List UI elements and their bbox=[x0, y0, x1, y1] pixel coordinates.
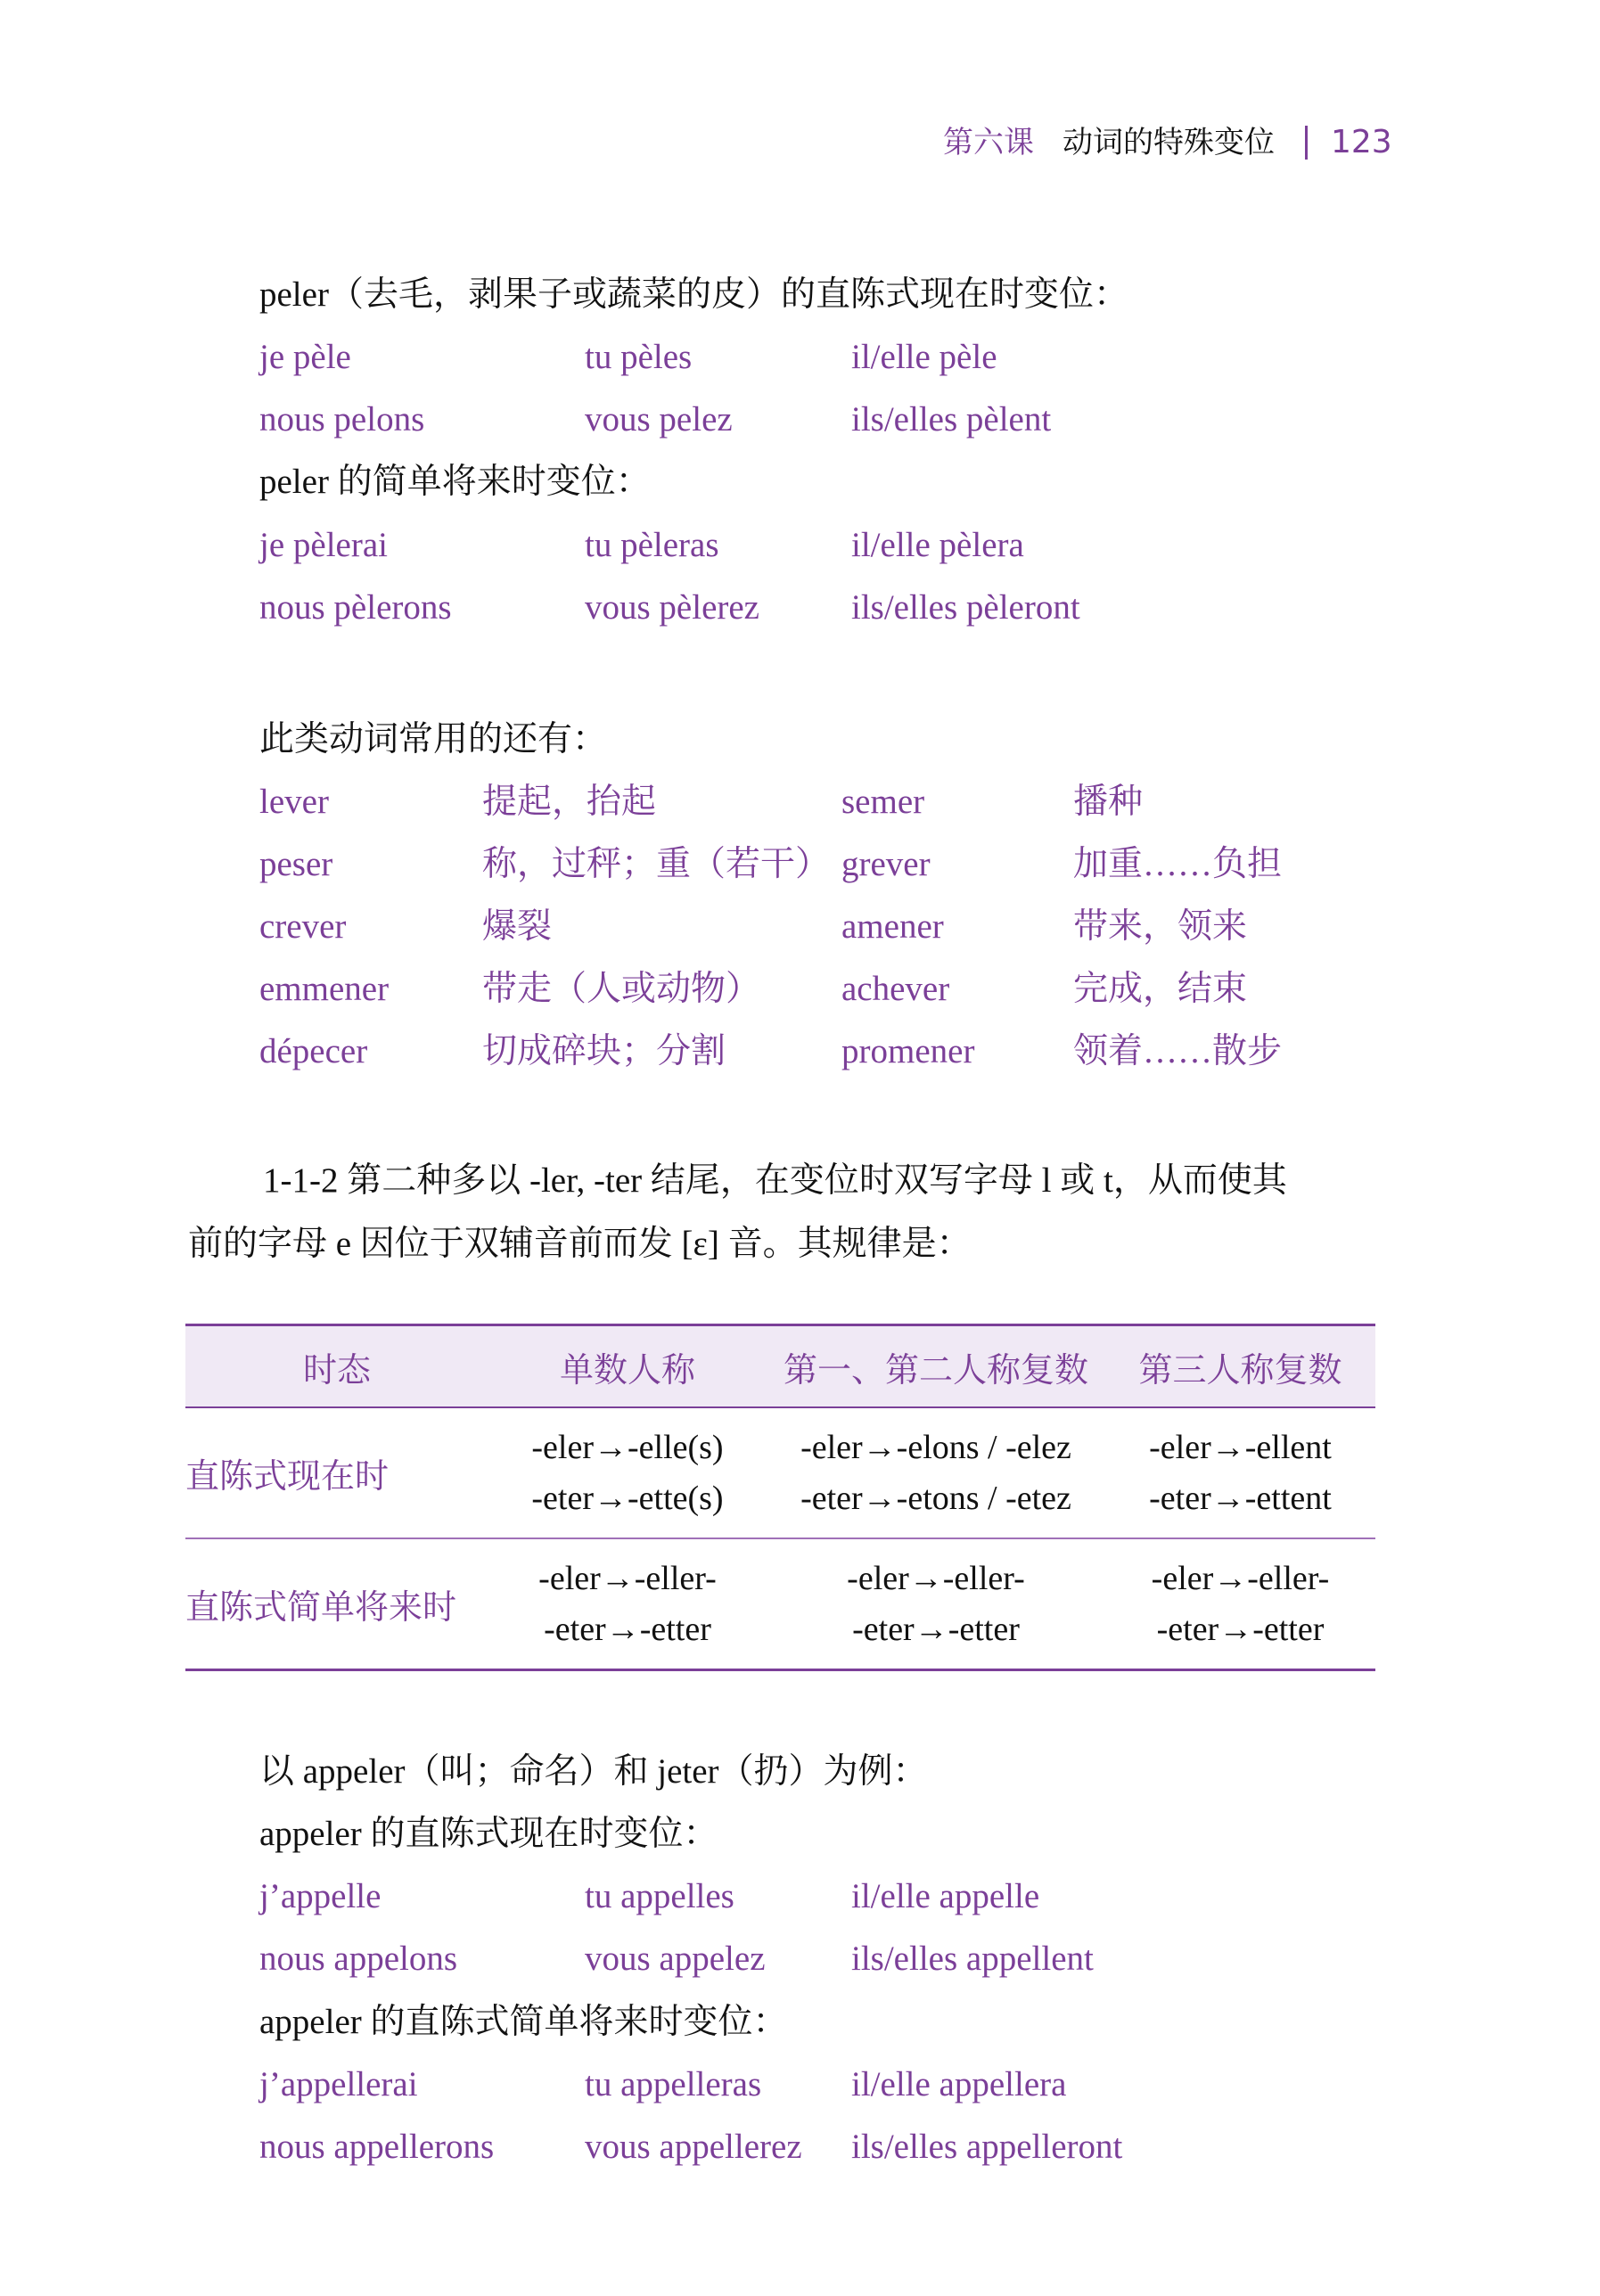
rule-eler: -eler→-elle(s) bbox=[488, 1423, 767, 1473]
conjugation-form: il/elle appelle bbox=[851, 1876, 1039, 1917]
table-cell: -eler→-elons / -elez -eter→-etons / -ete… bbox=[767, 1423, 1105, 1524]
verb-item: promener bbox=[841, 1031, 974, 1072]
conjugation-form: tu appelleras bbox=[585, 2064, 761, 2105]
appeler-present-heading: appeler 的直陈式现在时变位： bbox=[259, 1814, 718, 1855]
rule-paragraph-line-1: 1-1-2 第二种多以 -ler, -ter 结尾，在变位时双写字母 l 或 t… bbox=[263, 1160, 1287, 1201]
page-number: 123 bbox=[1331, 123, 1392, 162]
verb-item: lever bbox=[259, 782, 329, 823]
rule-eter: -eter→-ette(s) bbox=[488, 1473, 767, 1524]
rule-eter: -eter→-etter bbox=[767, 1604, 1105, 1655]
verb-item: crever bbox=[259, 906, 346, 947]
chapter-title: 动词的特殊变位 bbox=[1063, 123, 1275, 162]
table-row: 直陈式现在时 -eler→-elle(s) -eter→-ette(s) -el… bbox=[185, 1408, 1375, 1539]
conjugation-form: vous pèlerez bbox=[585, 587, 759, 628]
conjugation-form: tu pèleras bbox=[585, 525, 719, 566]
appeler-future-heading: appeler 的直陈式简单将来时变位： bbox=[259, 2002, 788, 2043]
row-label-future: 直陈式简单将来时 bbox=[185, 1579, 488, 1628]
table-header-row: 时态 单数人称 第一、第二人称复数 第三人称复数 bbox=[185, 1324, 1375, 1408]
verb-item: dépecer bbox=[259, 1031, 367, 1072]
verb-meaning: 带走（人或动物） bbox=[482, 969, 760, 1010]
verb-item: semer bbox=[841, 782, 924, 823]
rule-paragraph-line-2: 前的字母 e 因位于双辅音前而发 [ε] 音。其规律是： bbox=[188, 1224, 972, 1265]
rule-eter: -eter→-ettent bbox=[1105, 1473, 1375, 1524]
peler-present-heading: peler（去毛，剥果子或蔬菜的皮）的直陈式现在时变位： bbox=[259, 275, 1128, 316]
conjugation-form: tu appelles bbox=[585, 1876, 734, 1917]
conjugation-form: tu pèles bbox=[585, 337, 692, 378]
running-header: 第六课 动词的特殊变位 123 bbox=[943, 123, 1392, 162]
verb-meaning: 领着……散步 bbox=[1073, 1031, 1282, 1072]
rule-eter: -eter→-etter bbox=[1105, 1604, 1375, 1655]
verb-meaning: 加重……负担 bbox=[1073, 844, 1282, 885]
conjugation-form: ils/elles pèlent bbox=[851, 399, 1051, 440]
conjugation-rule-table: 时态 单数人称 第一、第二人称复数 第三人称复数 直陈式现在时 -eler→-e… bbox=[185, 1324, 1375, 1671]
verb-meaning: 播种 bbox=[1073, 782, 1143, 823]
header-divider bbox=[1305, 126, 1308, 160]
row-label-present: 直陈式现在时 bbox=[185, 1448, 488, 1497]
verb-meaning: 完成，结束 bbox=[1073, 969, 1247, 1010]
column-header-plural-3: 第三人称复数 bbox=[1105, 1342, 1375, 1391]
conjugation-form: ils/elles pèleront bbox=[851, 587, 1080, 628]
rule-eler: -eler→-eller- bbox=[488, 1554, 767, 1604]
conjugation-form: nous pèlerons bbox=[259, 587, 452, 628]
conjugation-form: vous appelez bbox=[585, 1939, 766, 1980]
verb-meaning: 爆裂 bbox=[482, 906, 552, 947]
conjugation-form: ils/elles appellent bbox=[851, 1939, 1094, 1980]
rule-eler: -eler→-elons / -elez bbox=[767, 1423, 1105, 1473]
conjugation-form: nous pelons bbox=[259, 399, 424, 440]
conjugation-form: je pèle bbox=[259, 337, 351, 378]
similar-verbs-heading: 此类动词常用的还有： bbox=[259, 719, 607, 760]
conjugation-form: nous appelons bbox=[259, 1939, 457, 1980]
verb-meaning: 称，过秤；重（若干） bbox=[482, 844, 830, 885]
verb-item: emmener bbox=[259, 969, 389, 1010]
rule-eler: -eler→-ellent bbox=[1105, 1423, 1375, 1473]
conjugation-form: il/elle pèlera bbox=[851, 525, 1024, 566]
rule-eter: -eter→-etons / -etez bbox=[767, 1473, 1105, 1524]
verb-meaning: 提起，抬起 bbox=[482, 782, 656, 823]
table-cell: -eler→-ellent -eter→-ettent bbox=[1105, 1423, 1375, 1524]
verb-meaning: 切成碎块；分割 bbox=[482, 1031, 726, 1072]
conjugation-form: il/elle pèle bbox=[851, 337, 997, 378]
conjugation-form: ils/elles appelleront bbox=[851, 2127, 1122, 2168]
verb-meaning: 带来，领来 bbox=[1073, 906, 1247, 947]
table-cell: -eler→-eller- -eter→-etter bbox=[488, 1554, 767, 1655]
rule-eler: -eler→-eller- bbox=[1105, 1554, 1375, 1604]
conjugation-form: il/elle appellera bbox=[851, 2064, 1066, 2105]
table-cell: -eler→-eller- -eter→-etter bbox=[1105, 1554, 1375, 1655]
column-header-singular: 单数人称 bbox=[488, 1342, 767, 1391]
rule-eler: -eler→-eller- bbox=[767, 1554, 1105, 1604]
verb-item: achever bbox=[841, 969, 949, 1010]
conjugation-form: je pèlerai bbox=[259, 525, 388, 566]
verb-item: grever bbox=[841, 844, 931, 885]
table-cell: -eler→-elle(s) -eter→-ette(s) bbox=[488, 1423, 767, 1524]
column-header-tense: 时态 bbox=[185, 1342, 488, 1391]
column-header-plural-1-2: 第一、第二人称复数 bbox=[767, 1342, 1105, 1391]
verb-item: peser bbox=[259, 844, 332, 885]
conjugation-form: nous appellerons bbox=[259, 2127, 494, 2168]
conjugation-form: vous pelez bbox=[585, 399, 733, 440]
rule-eter: -eter→-etter bbox=[488, 1604, 767, 1655]
verb-item: amener bbox=[841, 906, 944, 947]
table-row: 直陈式简单将来时 -eler→-eller- -eter→-etter -ele… bbox=[185, 1539, 1375, 1671]
lesson-label: 第六课 bbox=[943, 123, 1034, 162]
conjugation-form: j’appelle bbox=[259, 1876, 381, 1917]
conjugation-form: vous appellerez bbox=[585, 2127, 802, 2168]
table-cell: -eler→-eller- -eter→-etter bbox=[767, 1554, 1105, 1655]
conjugation-form: j’appellerai bbox=[259, 2064, 418, 2105]
peler-future-heading: peler 的简单将来时变位： bbox=[259, 462, 651, 503]
appeler-intro: 以 appeler（叫；命名）和 jeter（扔）为例： bbox=[259, 1751, 928, 1792]
